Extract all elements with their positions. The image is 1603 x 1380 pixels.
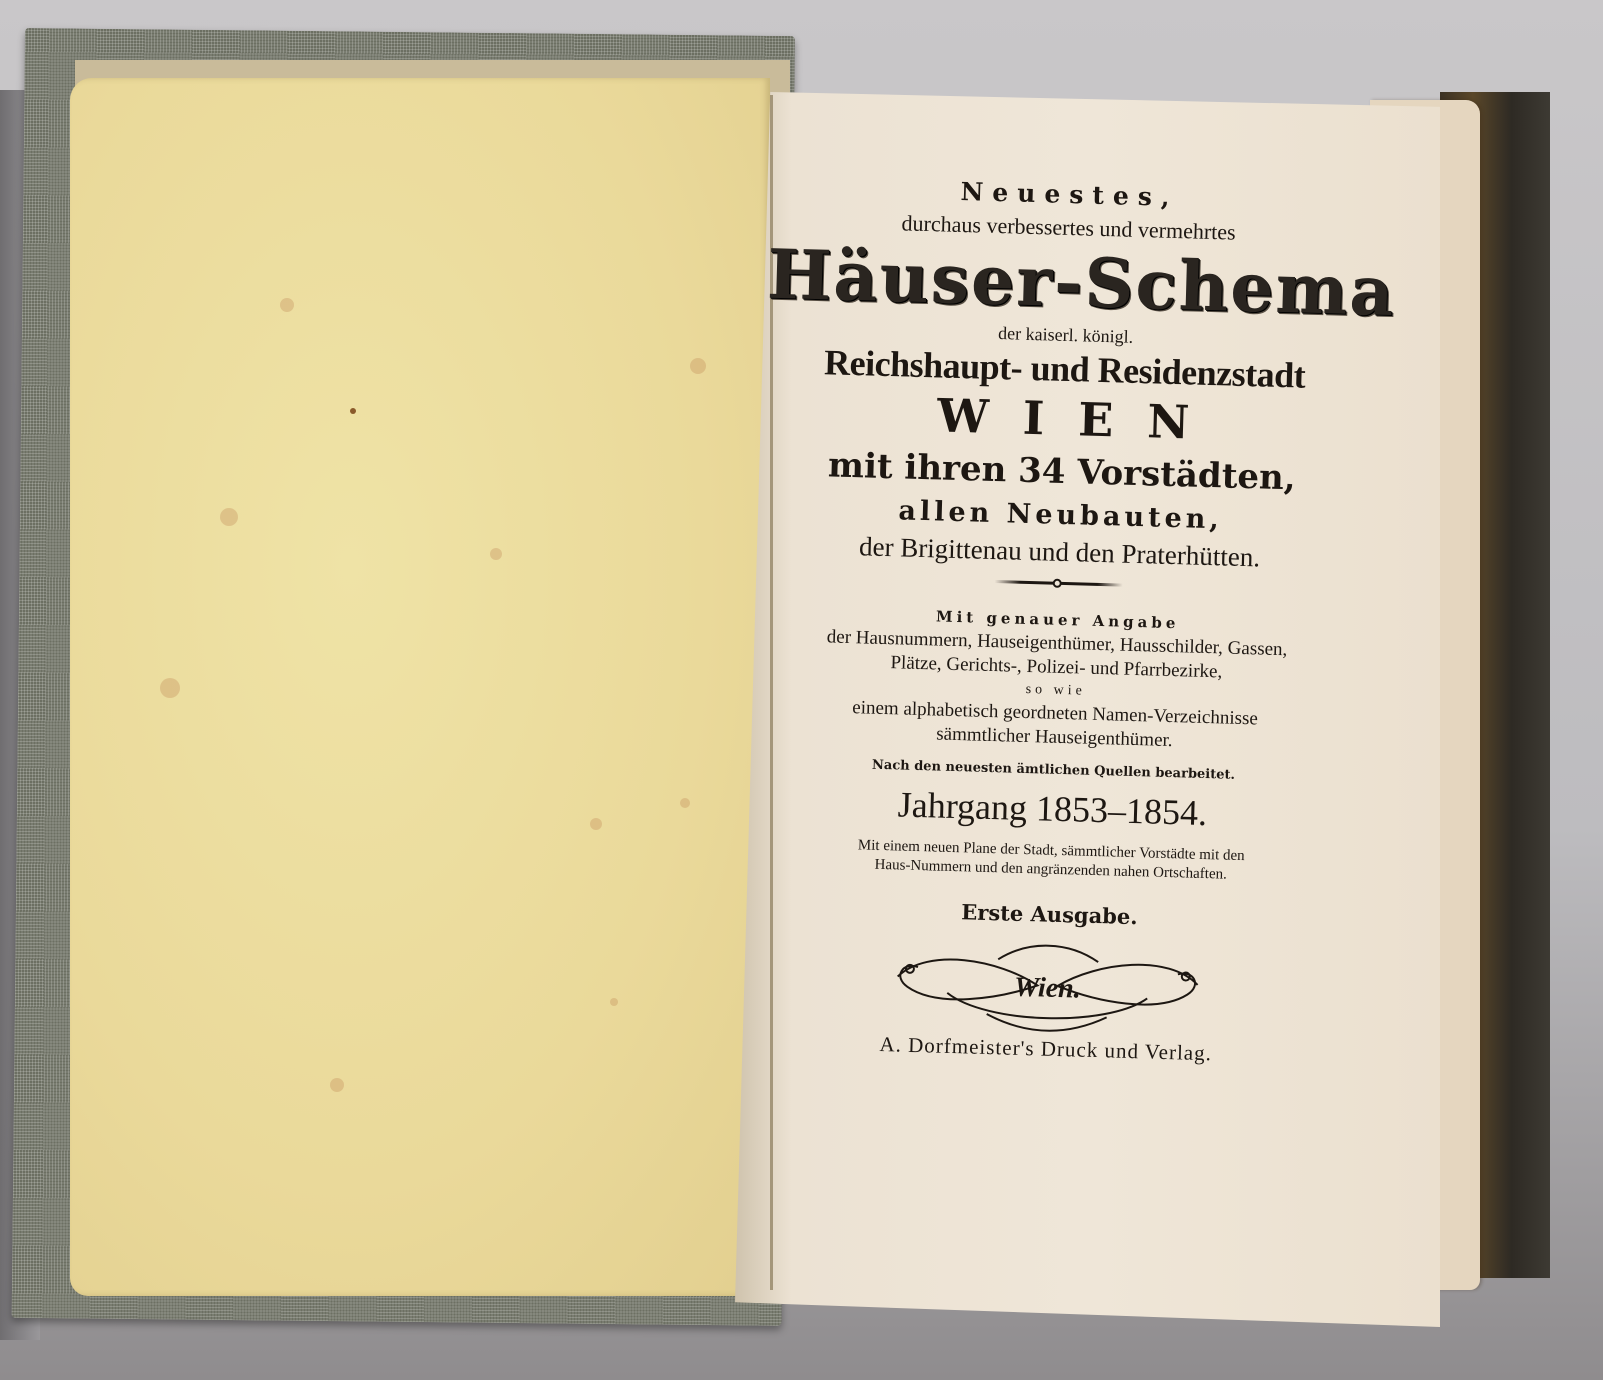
ornamental-rule (995, 580, 1123, 587)
foxing-spot (610, 998, 618, 1006)
foxing-spot (490, 548, 502, 560)
title-line-vorstaedte: mit ihren 34 Vorstädten, (761, 444, 1362, 501)
foxing-spot (680, 798, 690, 808)
foxing-spot (350, 408, 356, 414)
calligraphic-vignette: Wien. (886, 936, 1208, 1037)
foxing-spot (280, 298, 294, 312)
foxing-spot (690, 358, 706, 374)
edition: Erste Ausgabe. (749, 893, 1349, 935)
endpaper-left-page (70, 78, 770, 1296)
main-title: Häuser-Schema (766, 237, 1368, 330)
year-range: Jahrgang 1853–1854. (752, 779, 1353, 838)
foxing-spot (160, 678, 180, 698)
foxing-spot (330, 1078, 344, 1092)
foxing-spot (590, 818, 602, 830)
foxing-spot (220, 508, 238, 526)
title-page-text: Neuestes, durchaus verbessertes und verm… (745, 172, 1369, 1070)
